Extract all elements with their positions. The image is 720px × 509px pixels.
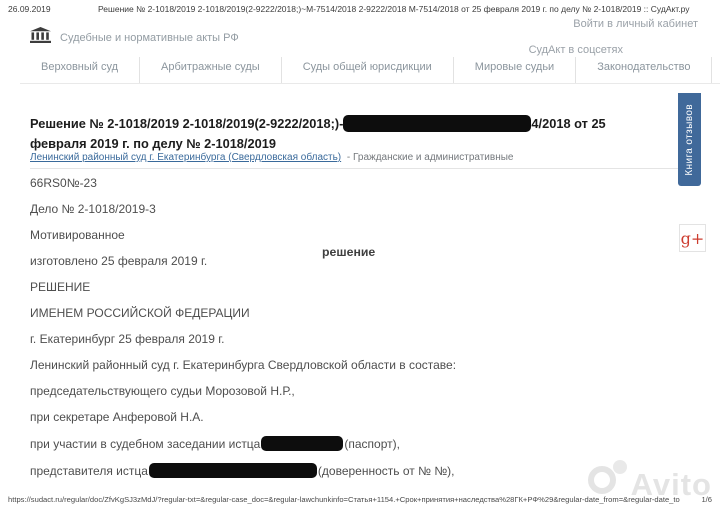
doc-text: представителя истца — [30, 464, 148, 478]
doc-floating-word: решение — [322, 245, 375, 259]
nav-item-qa[interactable]: Ответы на вопросы — [712, 57, 720, 83]
doc-paragraph: председательствующего судьи Морозовой Н.… — [30, 384, 650, 399]
feedback-book-label: Книга отзывов — [684, 104, 695, 176]
login-link[interactable]: Войти в личный кабинет — [573, 18, 698, 30]
doc-text: (доверенность от № №), — [318, 464, 455, 478]
google-plus-button[interactable]: g+ — [679, 224, 706, 252]
page-title: Решение № 2-1018/2019 2-1018/2019(2-9222… — [30, 114, 642, 154]
google-plus-icon: g+ — [681, 229, 705, 248]
courthouse-icon — [30, 27, 51, 48]
doc-text: (паспорт), — [344, 437, 400, 451]
nav-item-general-jurisdiction-courts[interactable]: Суды общей юрисдикции — [282, 57, 454, 83]
title-redaction-box — [343, 115, 531, 132]
doc-paragraph-redacted: при участии в судебном заседании истца(п… — [30, 436, 650, 452]
redaction-box — [149, 463, 317, 478]
doc-paragraph-redacted: представителя истца(доверенность от № №)… — [30, 463, 650, 479]
court-line: Ленинский районный суд г. Екатеринбурга … — [30, 152, 513, 163]
site-logo[interactable]: Судебные и нормативные акты РФ — [30, 27, 239, 48]
print-date: 26.09.2019 — [8, 4, 51, 14]
nav-item-arbitration-courts[interactable]: Арбитражные суды — [140, 57, 282, 83]
nav-item-magistrates[interactable]: Мировые судьи — [454, 57, 576, 83]
main-nav: Верховный суд Арбитражные суды Суды обще… — [20, 57, 720, 84]
nav-item-legislation[interactable]: Законодательство — [576, 57, 712, 83]
doc-paragraph: ИМЕНЕМ РОССИЙСКОЙ ФЕДЕРАЦИИ — [30, 306, 650, 321]
print-footer: https://sudact.ru/regular/doc/ZfvKgSJ3zM… — [8, 495, 712, 504]
print-header: 26.09.2019 Решение № 2-1018/2019 2-1018/… — [8, 4, 712, 16]
print-url: https://sudact.ru/regular/doc/ZfvKgSJ3zM… — [8, 495, 680, 504]
title-text-before: Решение № 2-1018/2019 2-1018/2019(2-9222… — [30, 116, 343, 131]
doc-text: при участии в судебном заседании истца — [30, 437, 260, 451]
print-page-number: 1/6 — [695, 495, 712, 504]
court-link[interactable]: Ленинский районный суд г. Екатеринбурга … — [30, 152, 341, 163]
feedback-book-tab[interactable]: Книга отзывов — [678, 93, 701, 186]
case-category-label: - Гражданские и административные — [347, 152, 514, 163]
social-label: СудАкт в соцсетях — [529, 44, 623, 56]
logo-text: Судебные и нормативные акты РФ — [60, 32, 239, 44]
doc-paragraph: Мотивированное — [30, 228, 650, 243]
nav-item-supreme-court[interactable]: Верховный суд — [20, 57, 140, 83]
redaction-box — [261, 436, 343, 451]
document-body: 66RS0№-23Дело № 2-1018/2019-3Мотивирован… — [30, 176, 650, 490]
doc-paragraph: г. Екатеринбург 25 февраля 2019 г. — [30, 332, 650, 347]
doc-paragraph: РЕШЕНИЕ — [30, 280, 650, 295]
doc-paragraph: 66RS0№-23 — [30, 176, 650, 191]
print-page-title: Решение № 2-1018/2019 2-1018/2019(2-9222… — [8, 4, 712, 14]
title-separator — [30, 168, 692, 169]
doc-paragraph: Ленинский районный суд г. Екатеринбурга … — [30, 358, 650, 373]
doc-paragraph: Дело № 2-1018/2019-3 — [30, 202, 650, 217]
doc-paragraph: при секретаре Анферовой Н.А. — [30, 410, 650, 425]
